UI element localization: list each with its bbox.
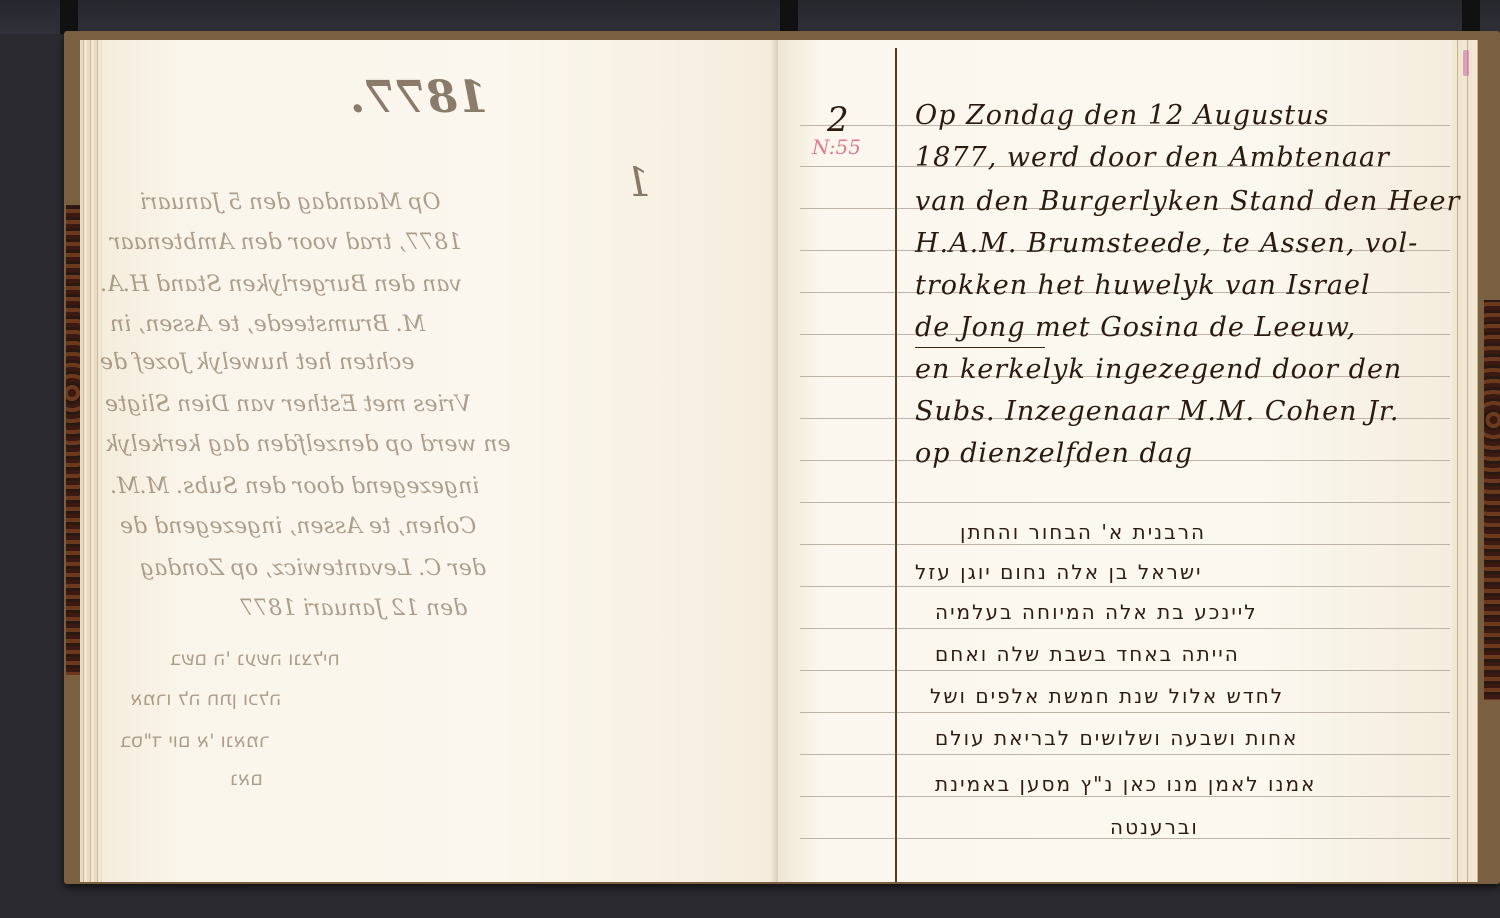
- entry-number: 2: [827, 100, 849, 140]
- ruled-line: [800, 586, 1450, 587]
- dutch-line-7: en kerkelyk ingezegend door den: [915, 354, 1402, 385]
- left-offset-line-11: den 12 Januari 1877: [240, 596, 467, 621]
- left-offset-line-1: Op Maandag den 5 Januari: [140, 190, 441, 215]
- ruled-line: [800, 712, 1450, 713]
- hebrew-line-3: ליינכע בת אלה המיוחה בעלמיה: [935, 600, 1258, 624]
- left-offset-hebrew-3: בס"ד יום א' ונאמר: [120, 730, 270, 752]
- dutch-line-4: H.A.M. Brumsteede, te Assen, vol-: [915, 228, 1418, 259]
- left-offset-line-8: ingezegend door den Subs. M.M.: [110, 474, 479, 499]
- hebrew-line-2: ישראל בן אלה נחום יוגן עזל: [915, 560, 1203, 584]
- dutch-line-5: trokken het huwelyk van Israel: [915, 270, 1371, 301]
- margin-rule: [895, 48, 897, 882]
- hebrew-line-1: הרבנית א' הבחור והחתן: [960, 520, 1206, 544]
- ruled-line: [800, 670, 1450, 671]
- groom-name-underline: [915, 347, 1045, 348]
- right-page-edges: [1452, 40, 1478, 882]
- left-offset-line-2: 1877, trad voor den Ambtenaar: [110, 230, 462, 255]
- hebrew-line-8: וברענטה: [1110, 815, 1199, 839]
- left-entry-number: 1: [625, 160, 650, 206]
- page-clip-left: [60, 0, 78, 34]
- register-reference: N:55: [812, 135, 861, 159]
- left-page-edges: [80, 40, 102, 882]
- left-year-heading: 1877.: [350, 72, 488, 123]
- left-page: [80, 40, 778, 882]
- ruled-line: [800, 628, 1450, 629]
- ruled-line: [800, 796, 1450, 797]
- left-offset-line-6: Vries met Esther van Dien Sligte: [105, 392, 471, 417]
- left-offset-line-3: van den Burgerlyken Stand H.A.: [100, 272, 462, 297]
- dutch-line-8: Subs. Inzegenaar M.M. Cohen Jr.: [915, 396, 1399, 427]
- pink-edge-mark: [1463, 50, 1469, 76]
- dutch-line-1: Op Zondag den 12 Augustus: [915, 100, 1329, 131]
- dutch-line-2: 1877, werd door den Ambtenaar: [915, 142, 1390, 173]
- hebrew-line-7: אמנו לאמן מנו כאן נ"ץ מסען באמינת: [935, 772, 1316, 796]
- left-offset-hebrew-1: בשם ה' נעשה ונצליח: [170, 648, 340, 670]
- dutch-line-6: de Jong met Gosina de Leeuw,: [915, 312, 1356, 343]
- left-offset-hebrew-4: נאם: [230, 768, 263, 790]
- page-clip-center: [780, 0, 798, 34]
- left-offset-line-7: en werd op denzelfden dag kerkelyk: [105, 432, 511, 457]
- left-offset-line-4: M. Brumsteede, te Assen, in: [110, 312, 425, 337]
- dutch-line-9: op dienzelfden dag: [915, 438, 1193, 469]
- left-offset-hebrew-2: אמרו לה חתן וכלה: [130, 688, 281, 710]
- ruled-line: [800, 544, 1450, 545]
- page-clip-right: [1462, 0, 1480, 34]
- hebrew-line-6: אחות ושבעה ושלושים לבריאת עולם: [935, 726, 1298, 750]
- left-offset-line-10: der C. Levantewicz, op Zondag: [140, 556, 486, 581]
- ruled-line: [800, 754, 1450, 755]
- hebrew-line-5: לחדש אלול שנת חמשת אלפים ושל: [930, 684, 1284, 708]
- marbled-cover-right: [1484, 300, 1500, 700]
- hebrew-line-4: הייתה באחד בשבת שלה ואחם: [935, 642, 1240, 666]
- backdrop: [0, 0, 1500, 34]
- left-offset-line-9: Cohen, te Assen, ingezegend de: [120, 514, 476, 539]
- ruled-line: [800, 502, 1450, 503]
- dutch-line-3: van den Burgerlyken Stand den Heer: [915, 186, 1460, 217]
- left-offset-line-5: echten het huwelyk Jozef de: [100, 350, 414, 375]
